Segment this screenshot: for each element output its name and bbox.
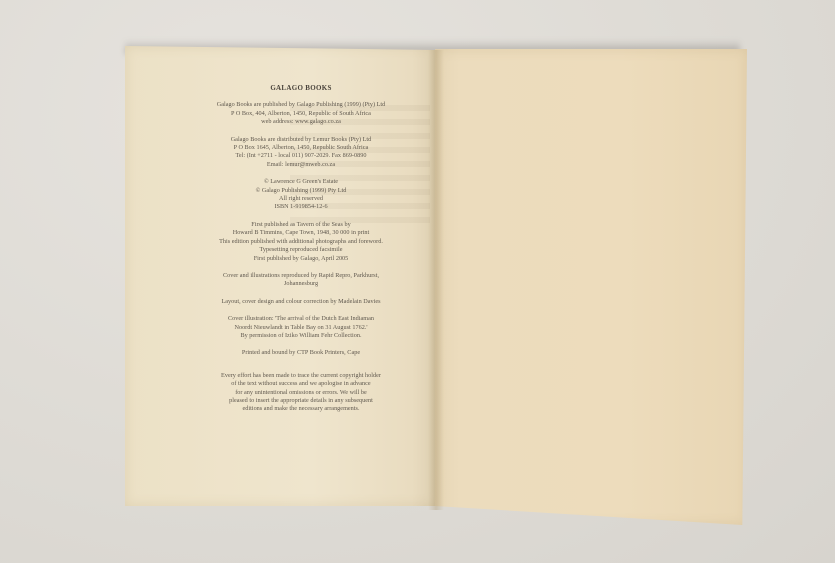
text-line: Typesetting reproduced facsimile	[170, 246, 432, 254]
printer-paragraph: Printed and bound by CTP Book Printers, …	[170, 349, 432, 357]
text-line: Printed and bound by CTP Book Printers, …	[170, 349, 432, 357]
text-line: Johannesburg	[170, 280, 432, 288]
text-line: First published as Tavern of the Seas by	[170, 221, 432, 229]
imprint-text: GALAGO BOOKS Galago Books are published …	[170, 84, 432, 423]
layout-paragraph: Layout, cover design and colour correcti…	[170, 298, 432, 306]
distributor-paragraph: Galago Books are distributed by Lemur Bo…	[170, 136, 432, 170]
text-line: Layout, cover design and colour correcti…	[170, 298, 432, 306]
text-line: Cover and illustrations reproduced by Ra…	[170, 272, 432, 280]
text-line: Noordt Nieuwlandt in Table Bay on 31 Aug…	[170, 324, 432, 332]
cover-illustration-paragraph: Cover illustration: 'The arrival of the …	[170, 315, 432, 340]
text-line: First published by Galago, April 2005	[170, 255, 432, 263]
text-line: P O Box, 404, Alberton, 1450, Republic o…	[170, 110, 432, 118]
text-line: pleased to insert the appropriate detail…	[170, 397, 432, 405]
publisher-title: GALAGO BOOKS	[170, 84, 432, 92]
repro-paragraph: Cover and illustrations reproduced by Ra…	[170, 272, 432, 289]
text-line: P O Box 1645, Alberton, 1450, Republic S…	[170, 144, 432, 152]
right-page-blank	[435, 49, 747, 525]
publisher-paragraph: Galago Books are published by Galago Pub…	[170, 101, 432, 126]
text-line: © Lawrence G Green's Estate	[170, 178, 432, 186]
text-line: Email: lemur@mweb.co.za	[170, 161, 432, 169]
text-line: By permission of Iziko William Fehr Coll…	[170, 332, 432, 340]
text-line: of the text without success and we apolo…	[170, 380, 432, 388]
copyright-paragraph: © Lawrence G Green's Estate © Galago Pub…	[170, 178, 432, 212]
text-line: Every effort has been made to trace the …	[170, 372, 432, 380]
text-line: All right reserved	[170, 195, 432, 203]
text-line: Cover illustration: 'The arrival of the …	[170, 315, 432, 323]
text-line: Tel: (Int +2711 - local 011) 907-2029. F…	[170, 152, 432, 160]
text-line: Galago Books are published by Galago Pub…	[170, 101, 432, 109]
text-line: Howard B Timmins, Cape Town, 1948, 30 00…	[170, 229, 432, 237]
text-line: © Galago Publishing (1999) Pty Ltd	[170, 187, 432, 195]
text-line: for any unintentional omissions or error…	[170, 389, 432, 397]
text-line: Galago Books are distributed by Lemur Bo…	[170, 136, 432, 144]
open-book: GALAGO BOOKS Galago Books are published …	[0, 0, 835, 563]
text-line: This edition published with additional p…	[170, 238, 432, 246]
edition-paragraph: First published as Tavern of the Seas by…	[170, 221, 432, 263]
text-line: editions and make the necessary arrangem…	[170, 405, 432, 413]
text-line: web address: www.galago.co.za	[170, 118, 432, 126]
disclaimer-paragraph: Every effort has been made to trace the …	[170, 372, 432, 414]
isbn-line: ISBN 1-919854-12-6	[170, 203, 432, 211]
